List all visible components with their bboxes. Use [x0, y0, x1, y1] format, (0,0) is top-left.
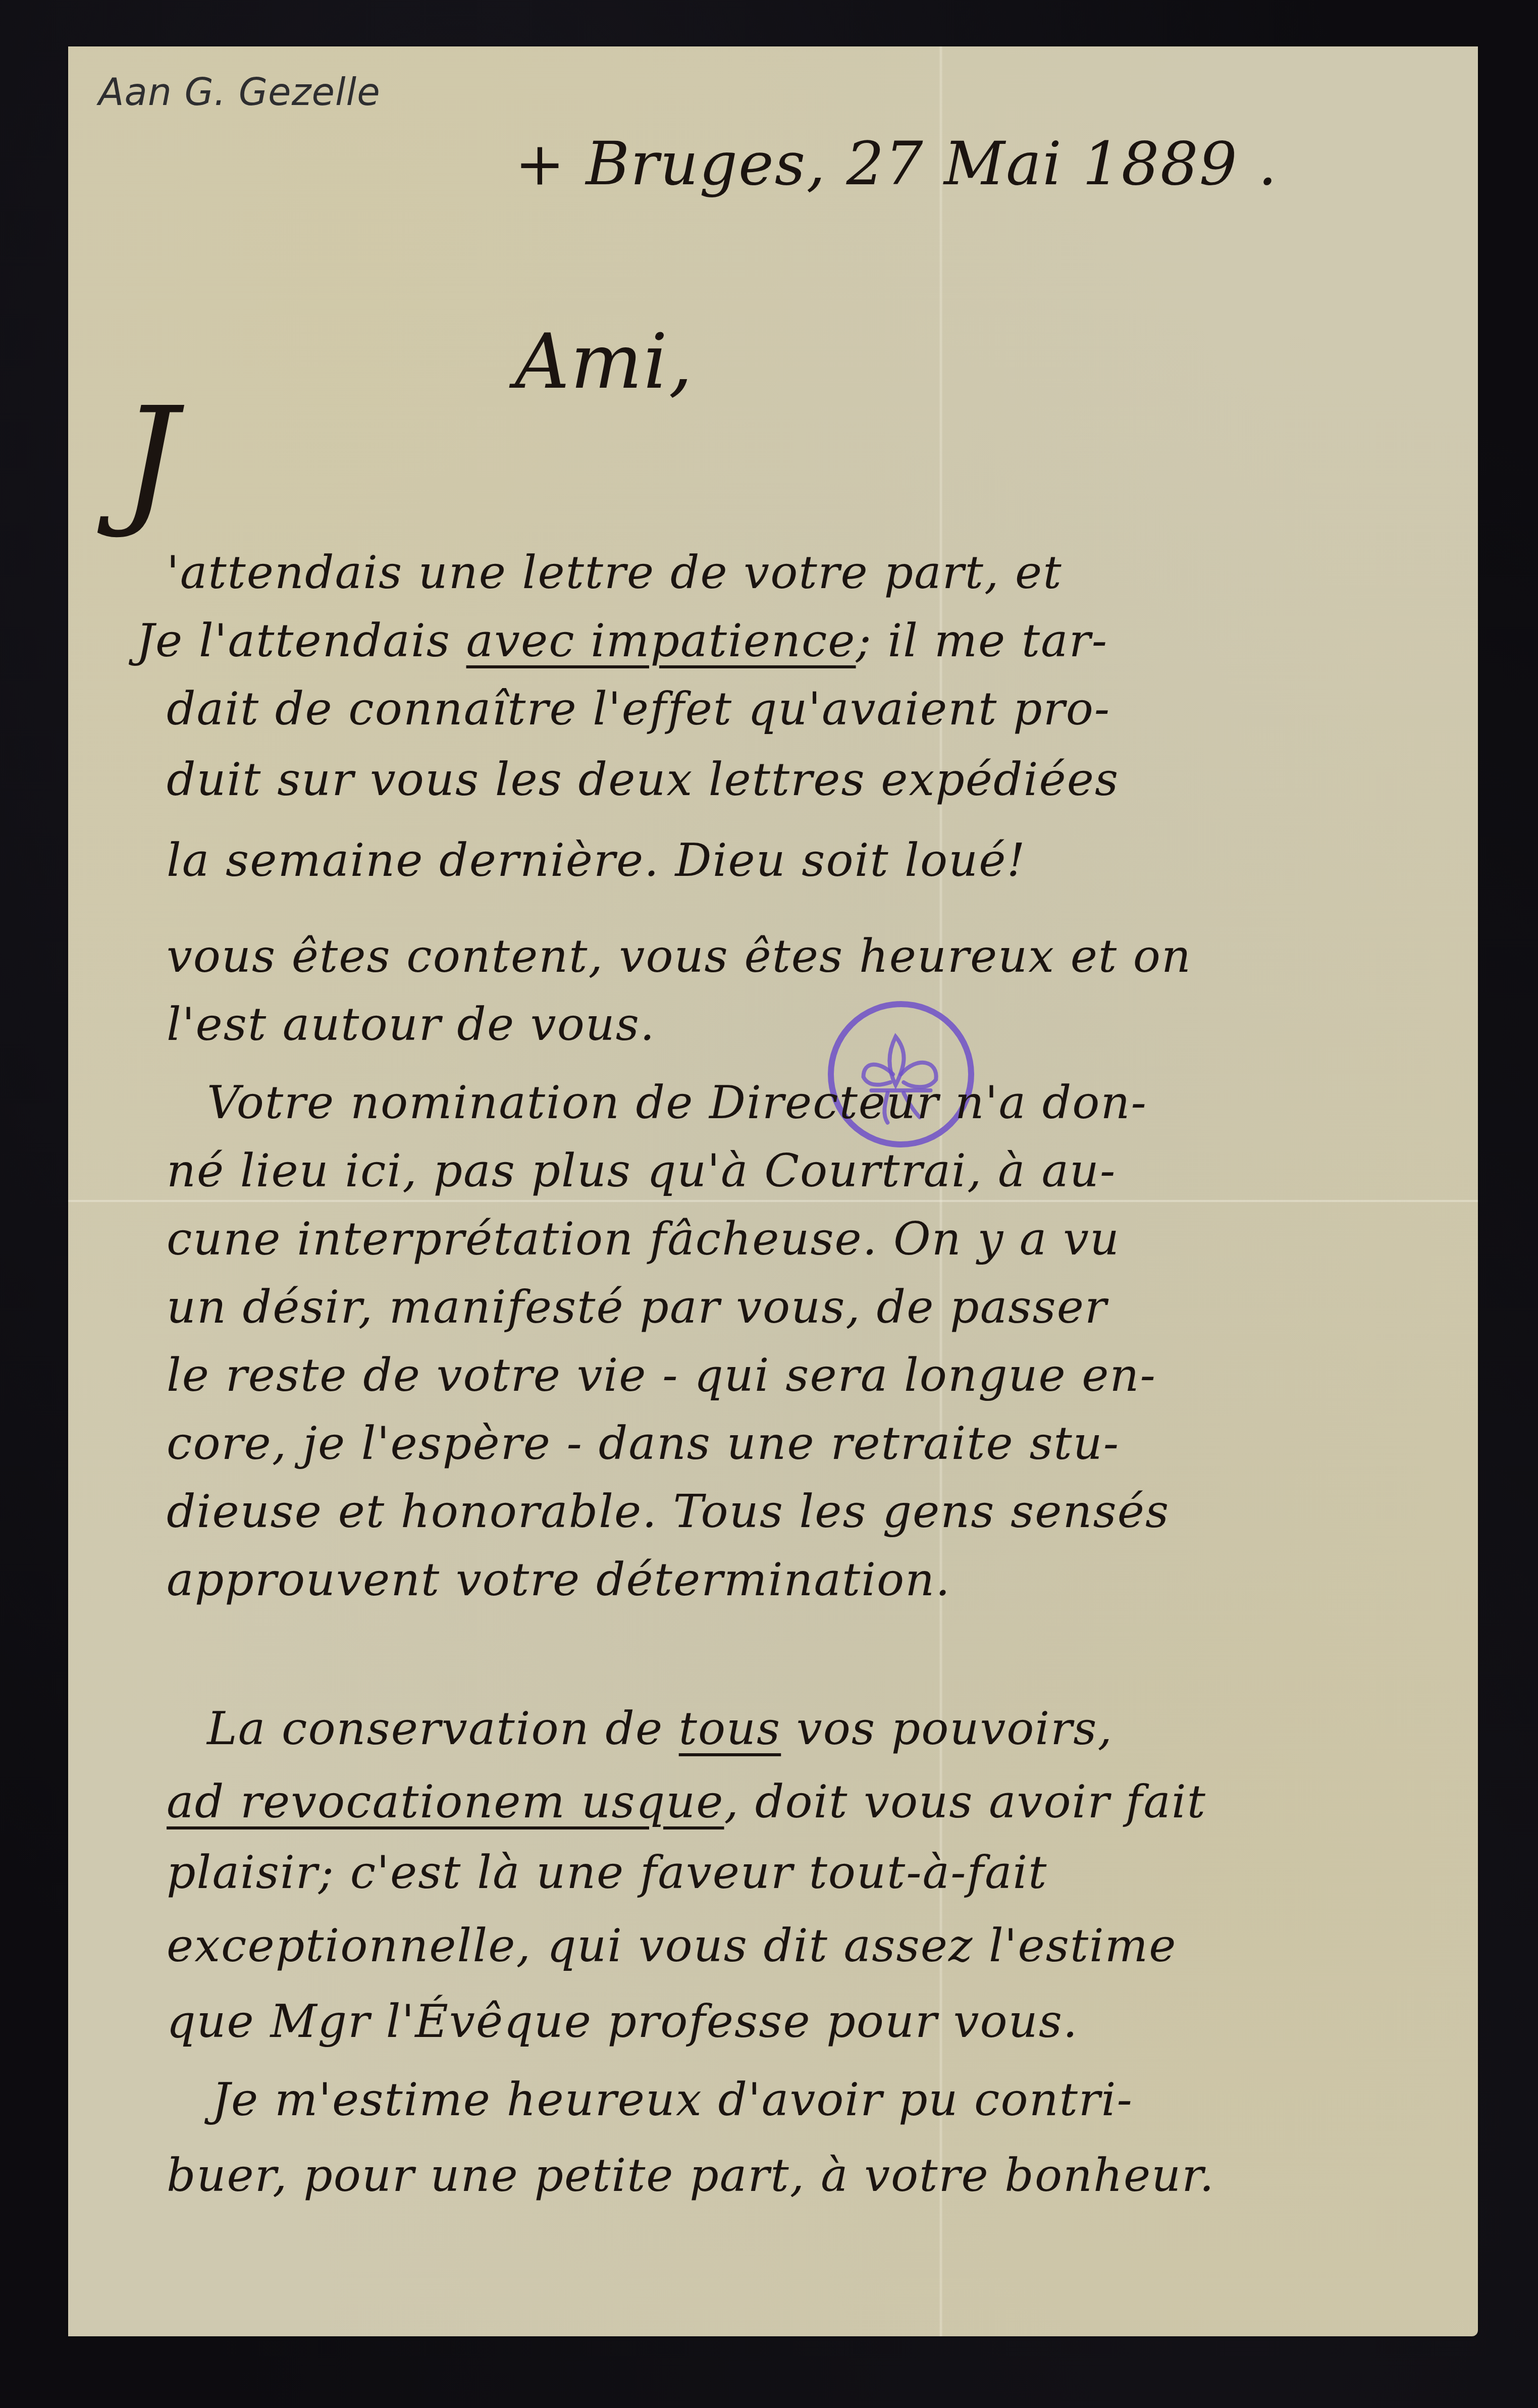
- letter-line-11: un désir, manifesté par vous, de passer: [167, 1285, 1107, 1330]
- line-text: né lieu ici, pas plus qu'à Courtrai, à a…: [167, 1144, 1116, 1197]
- letter-line-16: La conservation de tous vos pouvoirs,: [207, 1706, 1113, 1752]
- line-text: la semaine dernière. Dieu soit loué!: [167, 834, 1026, 887]
- salutation: Ami,: [515, 318, 694, 406]
- underlined-word: tous: [679, 1702, 781, 1755]
- line-text: dait de connaître l'effet qu'avaient pro…: [167, 683, 1110, 736]
- line-text: un désir, manifesté par vous, de passer: [167, 1281, 1107, 1334]
- line-text: duit sur vous les deux lettres expédiées: [167, 753, 1119, 806]
- letter-line-7: l'est autour de vous.: [167, 1002, 656, 1048]
- letter-line-22: buer, pour une petite part, à votre bonh…: [167, 2153, 1215, 2198]
- letter-line-5: la semaine dernière. Dieu soit loué!: [167, 838, 1026, 883]
- letter-line-18: plaisir; c'est là une faveur tout-à-fait: [167, 1850, 1048, 1896]
- decorated-initial: J: [121, 389, 179, 530]
- line-text: La conservation de: [207, 1702, 679, 1755]
- line-text: que Mgr l'Évêque professe pour vous.: [167, 1995, 1078, 2048]
- letter-line-4: duit sur vous les deux lettres expédiées: [167, 757, 1119, 803]
- letter-line-8: Votre nomination de Directeur n'a don-: [207, 1080, 1147, 1126]
- letter-line-6: vous êtes content, vous êtes heureux et …: [167, 934, 1192, 979]
- letter-line-2: Je l'attendais avec impatience; il me ta…: [136, 618, 1108, 664]
- underlined-phrase: ad revocationem usque: [167, 1775, 724, 1828]
- underlined-phrase: avec impatience: [466, 614, 856, 667]
- archival-annotation: Aan G. Gezelle: [98, 71, 381, 114]
- letter-line-13: core, je l'espère - dans une retraite st…: [167, 1421, 1120, 1467]
- line-text: vos pouvoirs,: [781, 1702, 1113, 1755]
- line-text: core, je l'espère - dans une retraite st…: [167, 1417, 1120, 1470]
- letter-line-15: approuvent votre détermination.: [167, 1557, 951, 1603]
- line-text: approuvent votre détermination.: [167, 1553, 951, 1606]
- letter-line-1: 'attendais une lettre de votre part, et: [167, 550, 1063, 596]
- line-text: exceptionnelle, qui vous dit assez l'est…: [167, 1919, 1177, 1972]
- horizontal-fold-line: [68, 1199, 1478, 1202]
- letter-line-17: ad revocationem usque, doit vous avoir f…: [167, 1779, 1206, 1825]
- line-text: vous êtes content, vous êtes heureux et …: [167, 930, 1192, 983]
- line-text: ; il me tar-: [856, 614, 1108, 667]
- line-text: , doit vous avoir fait: [724, 1775, 1206, 1828]
- letter-line-3: dait de connaître l'effet qu'avaient pro…: [167, 687, 1110, 732]
- line-text: buer, pour une petite part, à votre bonh…: [167, 2149, 1215, 2202]
- letter-line-10: cune interprétation fâcheuse. On y a vu: [167, 1217, 1120, 1262]
- line-text: l'est autour de vous.: [167, 998, 656, 1051]
- line-text: Je l'attendais: [136, 614, 466, 667]
- place-date-line: + Bruges, 27 Mai 1889 .: [515, 129, 1278, 198]
- letter-line-19: exceptionnelle, qui vous dit assez l'est…: [167, 1923, 1177, 1969]
- line-text: Je m'estime heureux d'avoir pu contri-: [212, 2073, 1133, 2126]
- line-text: plaisir; c'est là une faveur tout-à-fait: [167, 1846, 1048, 1899]
- letter-line-21: Je m'estime heureux d'avoir pu contri-: [212, 2077, 1133, 2123]
- line-text: le reste de votre vie - qui sera longue …: [167, 1349, 1156, 1402]
- line-text: dieuse et honorable. Tous les gens sensé…: [167, 1485, 1170, 1538]
- letter-line-20: que Mgr l'Évêque professe pour vous.: [167, 1999, 1078, 2045]
- line-text: Votre nomination de Directeur n'a don-: [207, 1076, 1147, 1129]
- line-text: cune interprétation fâcheuse. On y a vu: [167, 1213, 1120, 1266]
- letter-line-9: né lieu ici, pas plus qu'à Courtrai, à a…: [167, 1148, 1116, 1194]
- line-text: 'attendais une lettre de votre part, et: [167, 546, 1063, 599]
- letter-line-12: le reste de votre vie - qui sera longue …: [167, 1353, 1156, 1398]
- letter-line-14: dieuse et honorable. Tous les gens sensé…: [167, 1489, 1170, 1535]
